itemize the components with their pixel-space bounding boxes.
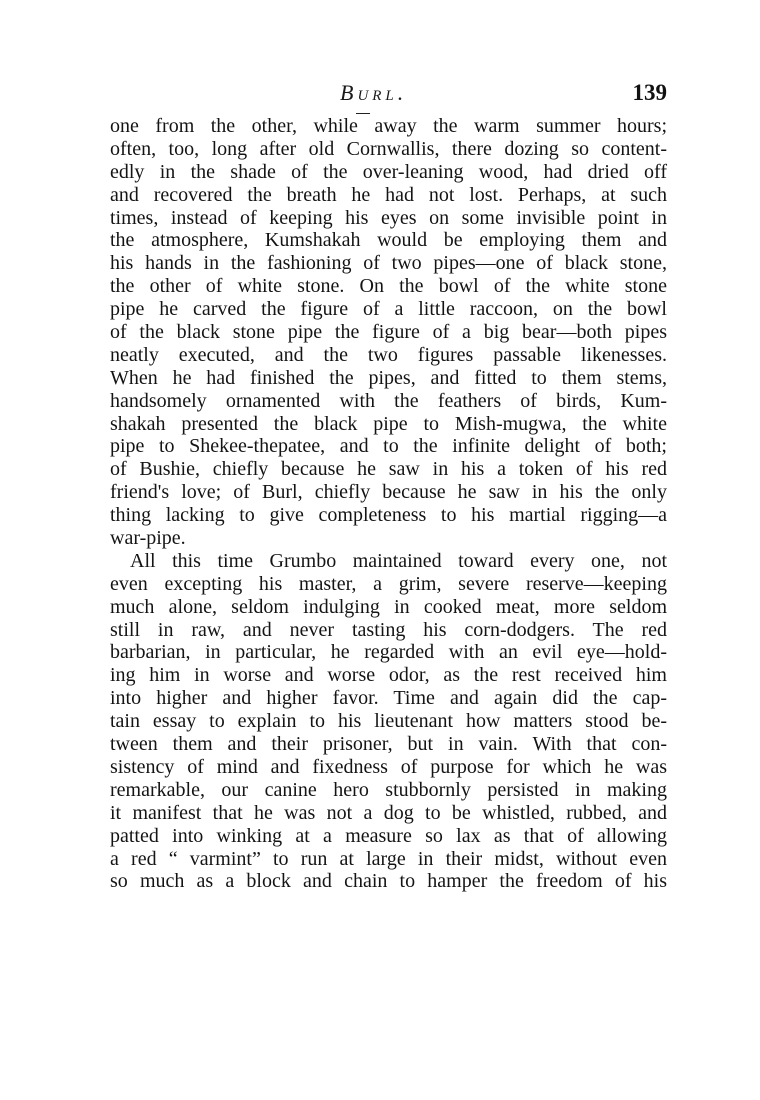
text-line: pipe he carved the figure of a little ra… — [110, 298, 667, 321]
text-line: tain essay to explain to his lieutenant … — [110, 710, 667, 733]
text-line: his hands in the fashioning of two pipes… — [110, 252, 667, 275]
text-line: often, too, long after old Cornwallis, t… — [110, 138, 667, 161]
text-line: one from the other, while away the warm … — [110, 115, 667, 138]
text-line: much alone, seldom indulging in cooked m… — [110, 596, 667, 619]
paragraph-2: All this time Grumbo maintained toward e… — [110, 550, 667, 893]
text-line: When he had finished the pipes, and fitt… — [110, 367, 667, 390]
book-page: Burl. 139 one from the other, while away… — [0, 0, 760, 1100]
text-line: still in raw, and never tasting his corn… — [110, 619, 667, 642]
text-line: and recovered the breath he had not lost… — [110, 184, 667, 207]
text-line: even excepting his master, a grim, sever… — [110, 573, 667, 596]
text-line: ing him in worse and worse odor, as the … — [110, 664, 667, 687]
paragraph-1: one from the other, while away the warm … — [110, 115, 667, 550]
text-line: times, instead of keeping his eyes on so… — [110, 207, 667, 230]
text-line: edly in the shade of the over-leaning wo… — [110, 161, 667, 184]
text-line: a red “ varmint” to run at large in thei… — [110, 848, 667, 871]
running-title: Burl. — [340, 80, 407, 106]
text-line: thing lacking to give completeness to hi… — [110, 504, 667, 527]
text-line: barbarian, in particular, he regarded wi… — [110, 641, 667, 664]
body-text: one from the other, while away the warm … — [110, 115, 667, 893]
text-line: All this time Grumbo maintained toward e… — [110, 550, 667, 573]
text-line: into higher and higher favor. Time and a… — [110, 687, 667, 710]
text-line: remarkable, our canine hero stubbornly p… — [110, 779, 667, 802]
text-line: handsomely ornamented with the feathers … — [110, 390, 667, 413]
text-line: so much as a block and chain to hamper t… — [110, 870, 667, 893]
text-line: friend's love; of Burl, chiefly because … — [110, 481, 667, 504]
text-line: sistency of mind and fixedness of purpos… — [110, 756, 667, 779]
text-line: war-pipe. — [110, 527, 667, 550]
text-line: patted into winking at a measure so lax … — [110, 825, 667, 848]
page-number: 139 — [633, 80, 668, 106]
text-line: pipe to Shekee-thepatee, and to the infi… — [110, 435, 667, 458]
text-line: it manifest that he was not a dog to be … — [110, 802, 667, 825]
text-line: the atmosphere, Kumshakah would be emplo… — [110, 229, 667, 252]
text-line: of the black stone pipe the figure of a … — [110, 321, 667, 344]
text-line: tween them and their prisoner, but in va… — [110, 733, 667, 756]
text-line: neatly executed, and the two figures pas… — [110, 344, 667, 367]
title-rule — [356, 113, 370, 114]
text-line: shakah presented the black pipe to Mish-… — [110, 413, 667, 436]
text-line: of Bushie, chiefly because he saw in his… — [110, 458, 667, 481]
running-head: Burl. 139 — [110, 80, 667, 110]
text-line: the other of white stone. On the bowl of… — [110, 275, 667, 298]
